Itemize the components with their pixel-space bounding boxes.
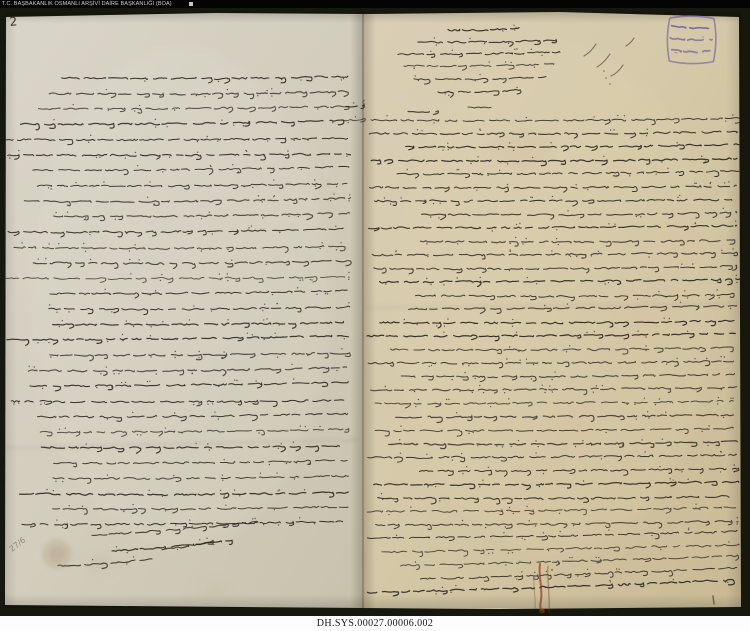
stain-seal-impression — [42, 539, 72, 569]
scan-viewport: T.C. BAŞBAKANLIK OSMANLI ARŞİVİ DAİRE BA… — [0, 0, 750, 631]
archive-logo-icon — [189, 2, 193, 6]
manuscript-image: 2 27/6 — [0, 8, 750, 616]
archive-header-title: T.C. BAŞBAKANLIK OSMANLI ARŞİVİ DAİRE BA… — [2, 0, 172, 7]
document-scan: 2 27/6 — [0, 8, 750, 616]
catalog-footer: DH.SYS.00027.00006.002 — [0, 616, 750, 631]
archive-header-bar: T.C. BAŞBAKANLIK OSMANLI ARŞİVİ DAİRE BA… — [0, 0, 750, 8]
catalog-reference: DH.SYS.00027.00006.002 — [317, 618, 434, 629]
